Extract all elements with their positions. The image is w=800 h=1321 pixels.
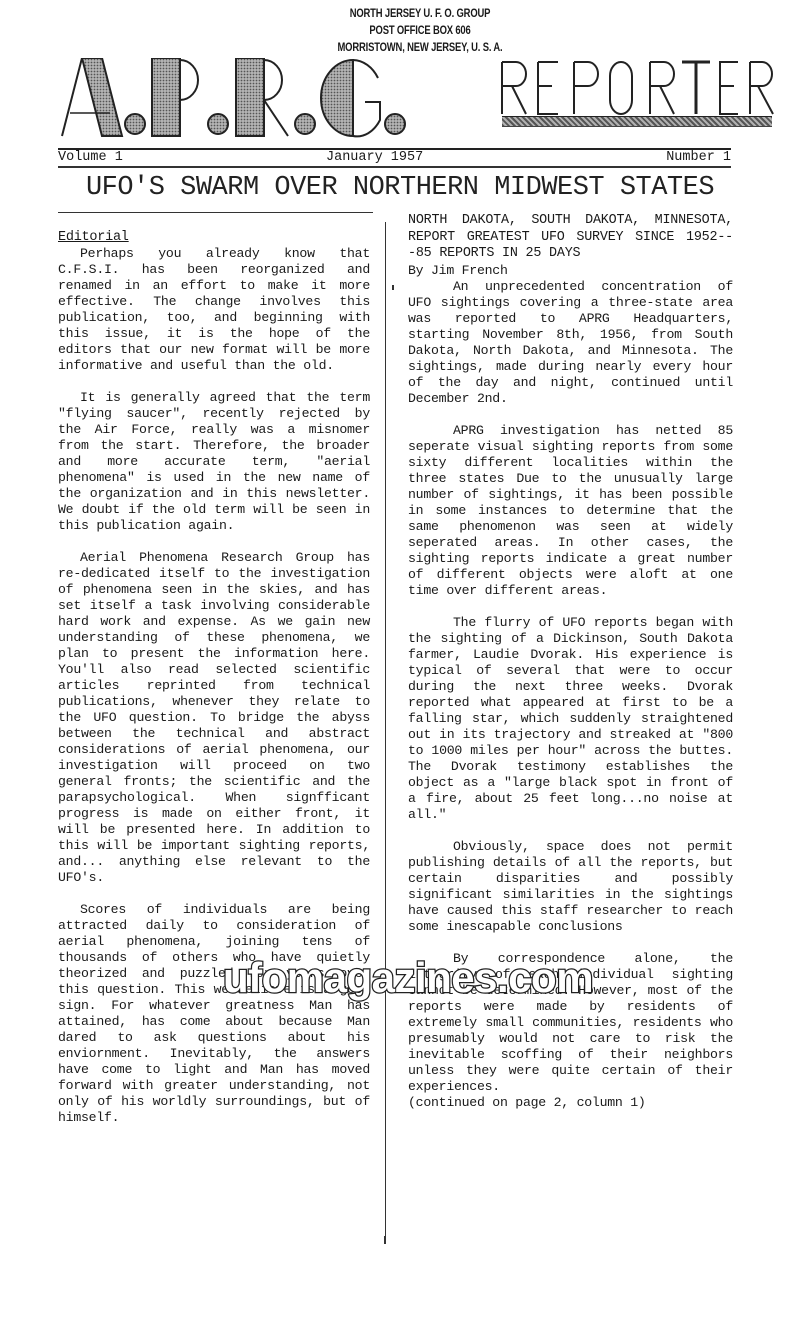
editorial-title: Editorial bbox=[58, 230, 370, 246]
address-line-group: NORTH JERSEY U. F. O. GROUP bbox=[322, 6, 519, 23]
address-block: NORTH JERSEY U. F. O. GROUP POST OFFICE … bbox=[322, 6, 519, 57]
editorial-paragraph: Perhaps you already know that C.F.S.I. h… bbox=[58, 246, 370, 374]
volume-label: Volume 1 bbox=[58, 150, 123, 166]
address-line-city: MORRISTOWN, NEW JERSEY, U. S. A. bbox=[322, 40, 519, 57]
main-headline: UFO'S SWARM OVER NORTHERN MIDWEST STATES bbox=[80, 172, 720, 204]
column-divider bbox=[385, 222, 386, 1242]
issue-info-bar: Volume 1 January 1957 Number 1 bbox=[58, 148, 731, 168]
aprg-logo: A.P.R.G. bbox=[60, 58, 450, 138]
article-paragraph: Obviously, space does not permit publish… bbox=[408, 839, 733, 935]
continued-note: (continued on page 2, column 1) bbox=[408, 1095, 733, 1111]
article-byline: By Jim French bbox=[408, 263, 733, 279]
article-paragraph: APRG investigation has netted 85 seperat… bbox=[408, 423, 733, 599]
editorial-paragraph: Aerial Phenomena Research Group has re-d… bbox=[58, 550, 370, 886]
left-column-top-rule bbox=[58, 212, 373, 213]
issue-number: Number 1 bbox=[666, 150, 731, 166]
article-paragraph: An unprecedented concentration of UFO si… bbox=[408, 279, 733, 407]
newsletter-page: NORTH JERSEY U. F. O. GROUP POST OFFICE … bbox=[0, 0, 800, 1321]
editorial-paragraph: Scores of individuals are being attracte… bbox=[58, 902, 370, 1126]
article-paragraph: The flurry of UFO reports began with the… bbox=[408, 615, 733, 823]
masthead: A.P.R.G. REPORTER bbox=[40, 58, 760, 138]
column-divider-tick bbox=[384, 1236, 386, 1244]
reporter-wordmark: REPORTER bbox=[498, 60, 776, 116]
issue-date: January 1957 bbox=[326, 150, 423, 166]
watermark: ufomagazines.com bbox=[218, 956, 598, 1000]
stray-mark bbox=[392, 285, 394, 290]
article-subhead: NORTH DAKOTA, SOUTH DAKOTA, MINNESOTA, R… bbox=[408, 213, 733, 263]
reporter-underline-bar bbox=[502, 116, 772, 127]
address-line-box: POST OFFICE BOX 606 bbox=[322, 23, 519, 40]
editorial-paragraph: It is generally agreed that the term "fl… bbox=[58, 390, 370, 534]
